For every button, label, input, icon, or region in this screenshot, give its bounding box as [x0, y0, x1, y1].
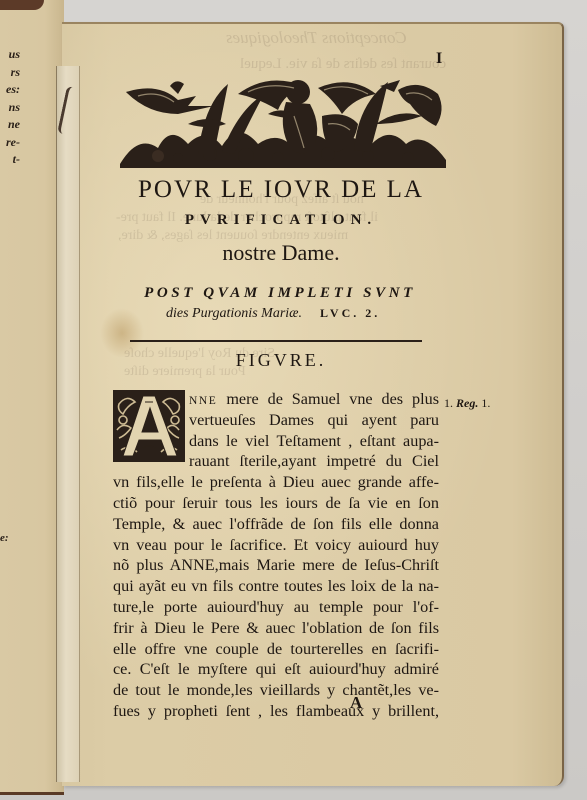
- body-line: ce. C'eſt le myſtere qui eſt auiourd'huy…: [113, 659, 439, 680]
- body-line: qui ayãt eu vn fils contre toutes les lo…: [113, 576, 439, 597]
- left-fragment: ne: [0, 116, 20, 134]
- left-page-text-fragments: us rs es: ns ne re- t-: [0, 46, 20, 169]
- body-line: vn veau pour le ſacrifice. Et voicy auio…: [113, 535, 439, 556]
- signature-mark: A: [350, 693, 362, 713]
- heading-line-3: nostre Dame.: [116, 240, 446, 266]
- woodcut-headpiece-icon: [118, 64, 448, 168]
- margin-note: 1. Reg. 1.: [444, 396, 490, 411]
- margin-note-book: Reg.: [456, 396, 478, 410]
- epigraph-line-1: POST QVAM IMPLETI SVNT: [120, 285, 440, 302]
- smallcaps-opening: NNE: [189, 395, 217, 407]
- heading-line-1: POVR LE IOVR DE LA: [116, 176, 446, 204]
- left-fragment: us: [0, 46, 20, 64]
- left-page-edge: us rs es: ns ne re- t- e:: [0, 0, 64, 795]
- left-fragment: re-: [0, 134, 20, 152]
- body-line: elle offre vne couple de tourterelles en…: [113, 639, 439, 660]
- epigraph-maria: Mariæ.: [261, 306, 302, 321]
- body-line: vn fils,elle le preſenta à Dieu auec gra…: [113, 472, 439, 493]
- heading-line-2: PVRIFICATION.: [116, 212, 446, 229]
- body-line: nõ plus ANNE,mais Marie mere de Ieſus-Ch…: [113, 555, 439, 576]
- horizontal-rule: [130, 340, 422, 342]
- body-line: Temple, & auec l'offrãde de ſon fils ell…: [113, 514, 439, 535]
- bleed-through-text: Conceptions Theologiques: [226, 28, 407, 48]
- left-fragment-lower: e:: [0, 532, 10, 545]
- section-title: FIGVRE.: [116, 350, 446, 371]
- gutter-stub: [56, 66, 80, 782]
- margin-note-chapter: 1.: [481, 396, 490, 410]
- left-fragment: ns: [0, 99, 20, 117]
- body-line: frir à Dieu le Pere & auec l'oblation de…: [113, 618, 439, 639]
- body-line: ctiõ pour ſeruir tous les iours de ſa vi…: [113, 493, 439, 514]
- scripture-reference: LVC. 2.: [320, 306, 380, 320]
- epigraph-line-2: dies Purgationis Mariæ.LVC. 2.: [166, 306, 446, 322]
- body-line-text: mere de Samuel vne des plus: [217, 390, 439, 408]
- left-fragment: rs: [0, 64, 20, 82]
- binding-leather: [0, 0, 44, 10]
- body-line: fues y propheti ſent , les flambeaux y b…: [113, 701, 439, 722]
- epigraph-text: dies Purgationis: [166, 306, 261, 321]
- left-fragment: es:: [0, 81, 20, 99]
- decorated-initial-icon: [113, 390, 185, 462]
- body-line: de tout le monde,les vieillards y chantẽ…: [113, 680, 439, 701]
- margin-note-prefix: 1.: [444, 396, 453, 410]
- body-line: ture,le porte auiourd'huy au temple pour…: [113, 597, 439, 618]
- left-fragment: t-: [0, 151, 20, 169]
